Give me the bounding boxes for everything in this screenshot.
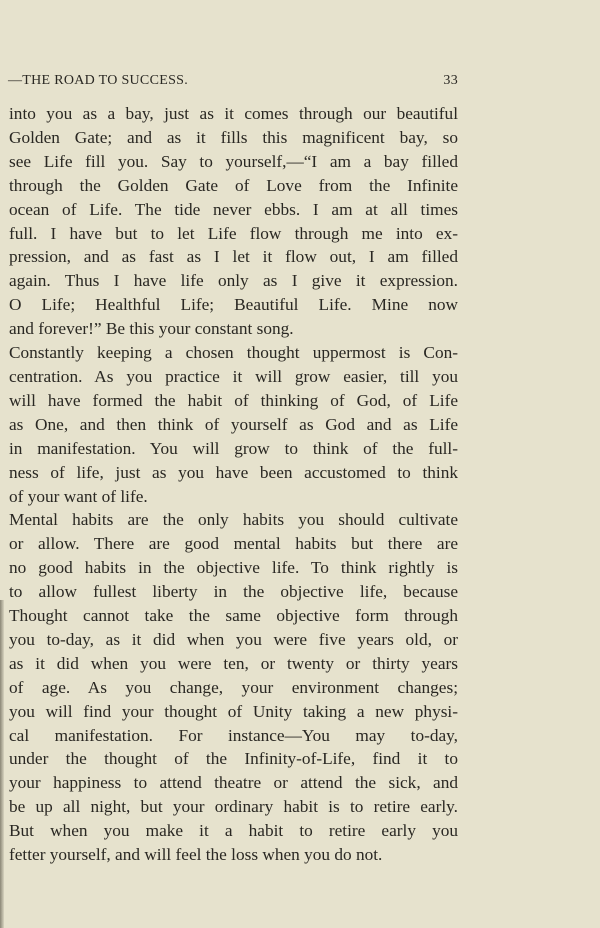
text-line: you to-day, as it did when you were five… <box>9 628 458 652</box>
text-line: under the thought of the Infinity-of-Lif… <box>9 747 458 771</box>
text-line: of your want of life. <box>9 485 458 509</box>
text-line: Golden Gate; and as it fills this magnif… <box>9 126 458 150</box>
text-line: will have formed the habit of thinking o… <box>9 389 458 413</box>
text-line: again. Thus I have life only as I give i… <box>9 269 458 293</box>
text-line: your happiness to attend theatre or atte… <box>9 771 458 795</box>
text-line: of age. As you change, your environment … <box>9 676 458 700</box>
text-line: as One, and then think of yourself as Go… <box>9 413 458 437</box>
text-line: and forever!” Be this your constant song… <box>9 317 458 341</box>
text-line: O Life; Healthful Life; Beautiful Life. … <box>9 293 458 317</box>
text-line: fetter yourself, and will feel the loss … <box>9 843 458 867</box>
text-line: see Life fill you. Say to yourself,—“I a… <box>9 150 458 174</box>
running-title: —THE ROAD TO SUCCESS. <box>8 73 188 89</box>
text-line: cal manifestation. For instance—You may … <box>9 724 458 748</box>
text-line: or allow. There are good mental habits b… <box>9 532 458 556</box>
text-line: no good habits in the objective life. To… <box>9 556 458 580</box>
page-edge-shadow <box>0 600 4 928</box>
page-number: 33 <box>443 73 458 89</box>
text-line: in manifestation. You will grow to think… <box>9 437 458 461</box>
text-line: you will find your thought of Unity taki… <box>9 700 458 724</box>
text-line: as it did when you were ten, or twenty o… <box>9 652 458 676</box>
page-body: into you as a bay, just as it comes thro… <box>9 102 458 867</box>
text-line: through the Golden Gate of Love from the… <box>9 174 458 198</box>
text-line: Mental habits are the only habits you sh… <box>9 508 458 532</box>
running-header: —THE ROAD TO SUCCESS. 33 <box>8 73 458 89</box>
text-line: Thought cannot take the same objective f… <box>9 604 458 628</box>
text-line: into you as a bay, just as it comes thro… <box>9 102 458 126</box>
text-line: Constantly keeping a chosen thought uppe… <box>9 341 458 365</box>
text-line: full. I have but to let Life flow throug… <box>9 222 458 246</box>
text-line: to allow fullest liberty in the objectiv… <box>9 580 458 604</box>
text-line: be up all night, but your ordinary habit… <box>9 795 458 819</box>
text-line: pression, and as fast as I let it flow o… <box>9 245 458 269</box>
text-line: ness of life, just as you have been accu… <box>9 461 458 485</box>
text-line: ocean of Life. The tide never ebbs. I am… <box>9 198 458 222</box>
text-line: But when you make it a habit to retire e… <box>9 819 458 843</box>
text-line: centration. As you practice it will grow… <box>9 365 458 389</box>
